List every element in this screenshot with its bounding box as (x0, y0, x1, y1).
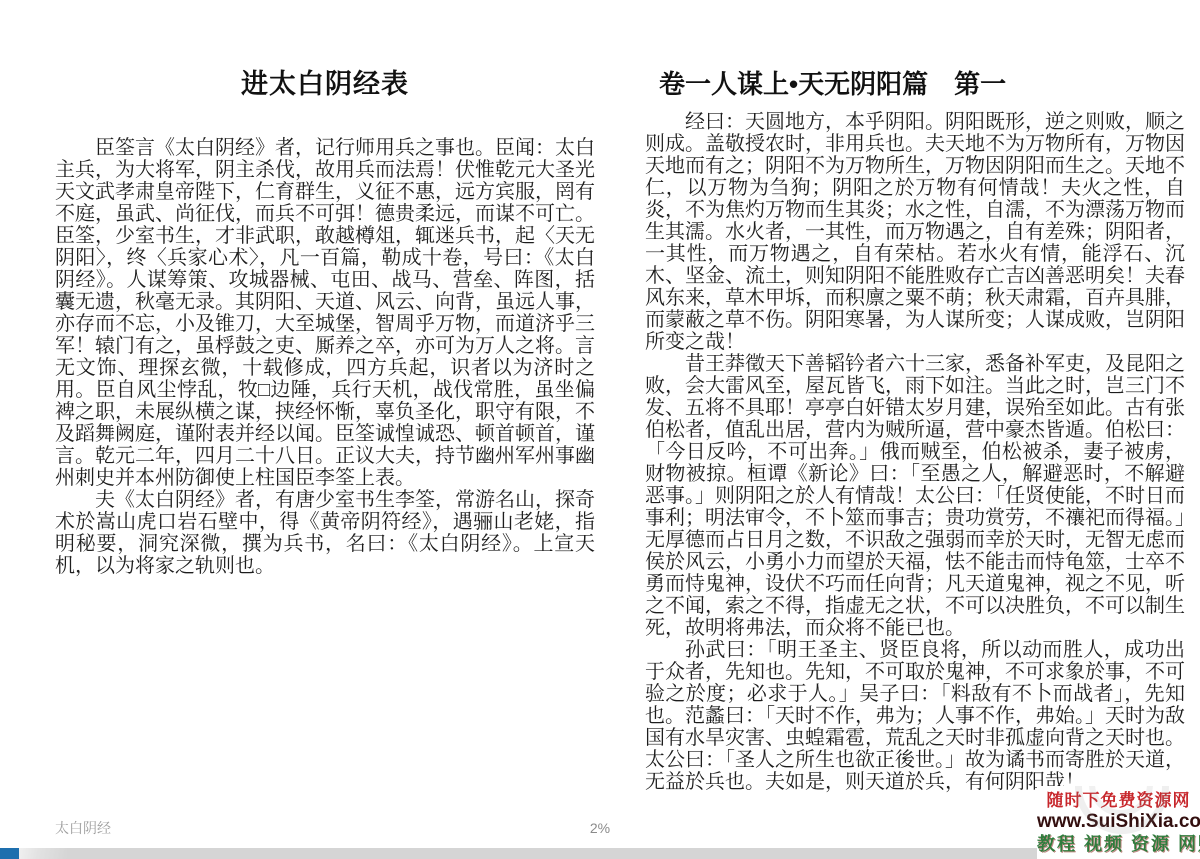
paragraph: 孙武曰：「明王圣主、贤臣良将，所以动而胜人，成功出于众者，先知也。先知，不可取於… (645, 639, 1185, 793)
reading-progress-bar[interactable] (0, 848, 1200, 859)
progress-bar-fill (0, 848, 19, 859)
paragraph: 夫《太白阴经》者，有唐少室书生李筌，常游名山，探奇术於嵩山虎口岩石壁中，得《黄帝… (55, 489, 595, 577)
watermark-tagline: 教程 视频 资源 网赚 (1037, 833, 1200, 855)
two-column-layout: 进太白阴经表 臣筌言《太白阴经》者，记行师用兵之事也。臣闻：太白主兵，为大将军，… (55, 0, 1185, 793)
paragraph: 经曰：天圆地方，本乎阴阳。阴阳既形，逆之则败，顺之则成。盖敬授农时，非用兵也。夫… (645, 111, 1185, 353)
paragraph: 臣筌言《太白阴经》者，记行师用兵之事也。臣闻：太白主兵，为大将军，阴主杀伐，故用… (55, 137, 595, 489)
right-column-body: 经曰：天圆地方，本乎阴阳。阴阳既形，逆之则败，顺之则成。盖敬授农时，非用兵也。夫… (645, 111, 1185, 793)
left-column-title: 进太白阴经表 (55, 62, 595, 101)
footer-progress-label: 2% (0, 820, 1200, 836)
watermark-site-name: 随时下免费资源网 (1037, 790, 1200, 811)
right-column: 卷一人谋上•天无阴阳篇 第一 经曰：天圆地方，本乎阴阳。阴阳既形，逆之则败，顺之… (645, 0, 1185, 793)
progress-bar-shade (19, 848, 67, 859)
watermark-site-url: www.SuiShiXia.com (1037, 811, 1200, 833)
paragraph: 昔王莽徵天下善韬钤者六十三家，悉备补军吏，及昆阳之败，会大雷风至，屋瓦皆飞，雨下… (645, 353, 1185, 639)
watermark-badge: 随时下免费资源网 www.SuiShiXia.com 教程 视频 资源 网赚 (1037, 786, 1200, 859)
right-column-title: 卷一人谋上•天无阴阳篇 第一 (645, 64, 1185, 101)
left-column-body: 臣筌言《太白阴经》者，记行师用兵之事也。臣闻：太白主兵，为大将军，阴主杀伐，故用… (55, 137, 595, 577)
reader-page: 进太白阴经表 臣筌言《太白阴经》者，记行师用兵之事也。臣闻：太白主兵，为大将军，… (0, 0, 1200, 859)
left-column: 进太白阴经表 臣筌言《太白阴经》者，记行师用兵之事也。臣闻：太白主兵，为大将军，… (55, 0, 595, 793)
